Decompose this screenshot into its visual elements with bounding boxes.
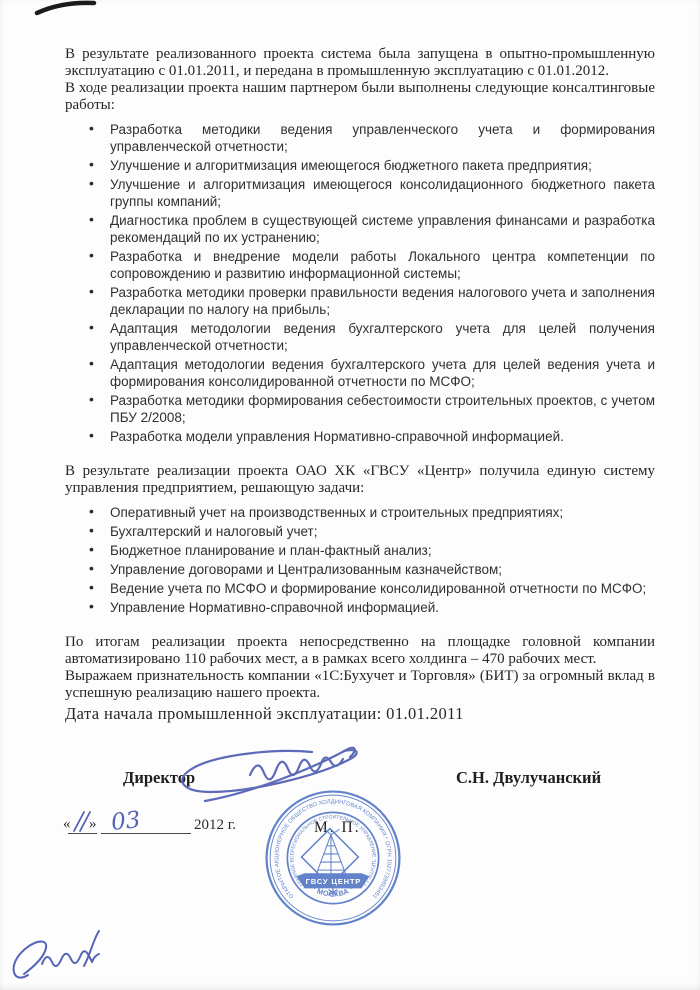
scanned-document-page: В результате реализованного проекта сист… [0,0,700,990]
stamp-outer-ring-inner-line [270,795,396,921]
signer-name: С.Н. Двулучанский [456,768,601,788]
handwritten-month: 03 [110,807,142,836]
scan-pen-mark [37,3,94,13]
result-paragraph: В результате реализации проекта ОАО ХК «… [65,463,655,497]
stamp-banner-text: ГВСУ ЦЕНТР [306,877,361,886]
consulting-works-list: Разработка методики ведения управленческ… [65,121,655,445]
list-item: Улучшение и алгоритмизация имеющегося бю… [65,157,655,174]
list-item: Разработка методики ведения управленческ… [65,121,655,155]
list-item: Оперативный учет на производственных и с… [65,504,655,521]
stamp-tower-emblem [315,829,347,879]
date-day-underline [68,833,97,834]
date-open-quote: « [63,816,71,833]
stamp-linework [267,792,400,925]
company-round-stamp: ОТКРЫТОЕ АКЦИОНЕРНОЕ ОБЩЕСТВО ХОЛДИНГОВА… [262,787,404,929]
list-item: Бухгалтерский и налоговый учет; [65,523,655,540]
list-item: Адаптация методологии ведения бухгалтерс… [65,356,655,390]
date-year-label: 2012 г. [194,817,236,834]
operation-start-date-line: Дата начала промышленной эксплуатации: 0… [65,705,655,722]
results-summary-paragraph: По итогам реализации проекта непосредств… [65,634,655,668]
list-item: Адаптация методологии ведения бухгалтерс… [65,320,655,354]
list-item: Разработка модели управления Нормативно-… [65,428,655,445]
list-item: Диагностика проблем в существующей систе… [65,212,655,246]
system-tasks-list: Оперативный учет на производственных и с… [65,504,655,616]
handwritten-day-strokes [74,812,90,831]
list-item: Ведение учета по МСФО и формирование кон… [65,580,655,597]
stamp-text-group: ОТКРЫТОЕ АКЦИОНЕРНОЕ ОБЩЕСТВО ХОЛДИНГОВА… [274,799,392,899]
list-item: Управление договорами и Централизованным… [65,561,655,578]
signer-title: Директор [123,768,195,788]
intro-paragraph-1: В результате реализованного проекта сист… [65,46,655,80]
list-item: Разработка методики проверки правильност… [65,284,655,318]
date-close-quote: » [89,816,97,833]
date-month-underline [101,833,191,834]
list-item: Улучшение и алгоритмизация имеющегося ко… [65,176,655,210]
acknowledgement-paragraph: Выражаем признательность компании «1С:Бу… [65,668,655,702]
bottom-left-signature [14,931,99,978]
list-item: Разработка методики формирования себесто… [65,392,655,426]
list-item: Разработка и внедрение модели работы Лок… [65,248,655,282]
intro-paragraph-2: В ходе реализации проекта нашим партнеро… [65,80,655,114]
list-item: Управление Нормативно-справочной информа… [65,599,655,616]
list-item: Бюджетное планирование и план-фактный ан… [65,542,655,559]
document-body: В результате реализованного проекта сист… [65,46,655,722]
